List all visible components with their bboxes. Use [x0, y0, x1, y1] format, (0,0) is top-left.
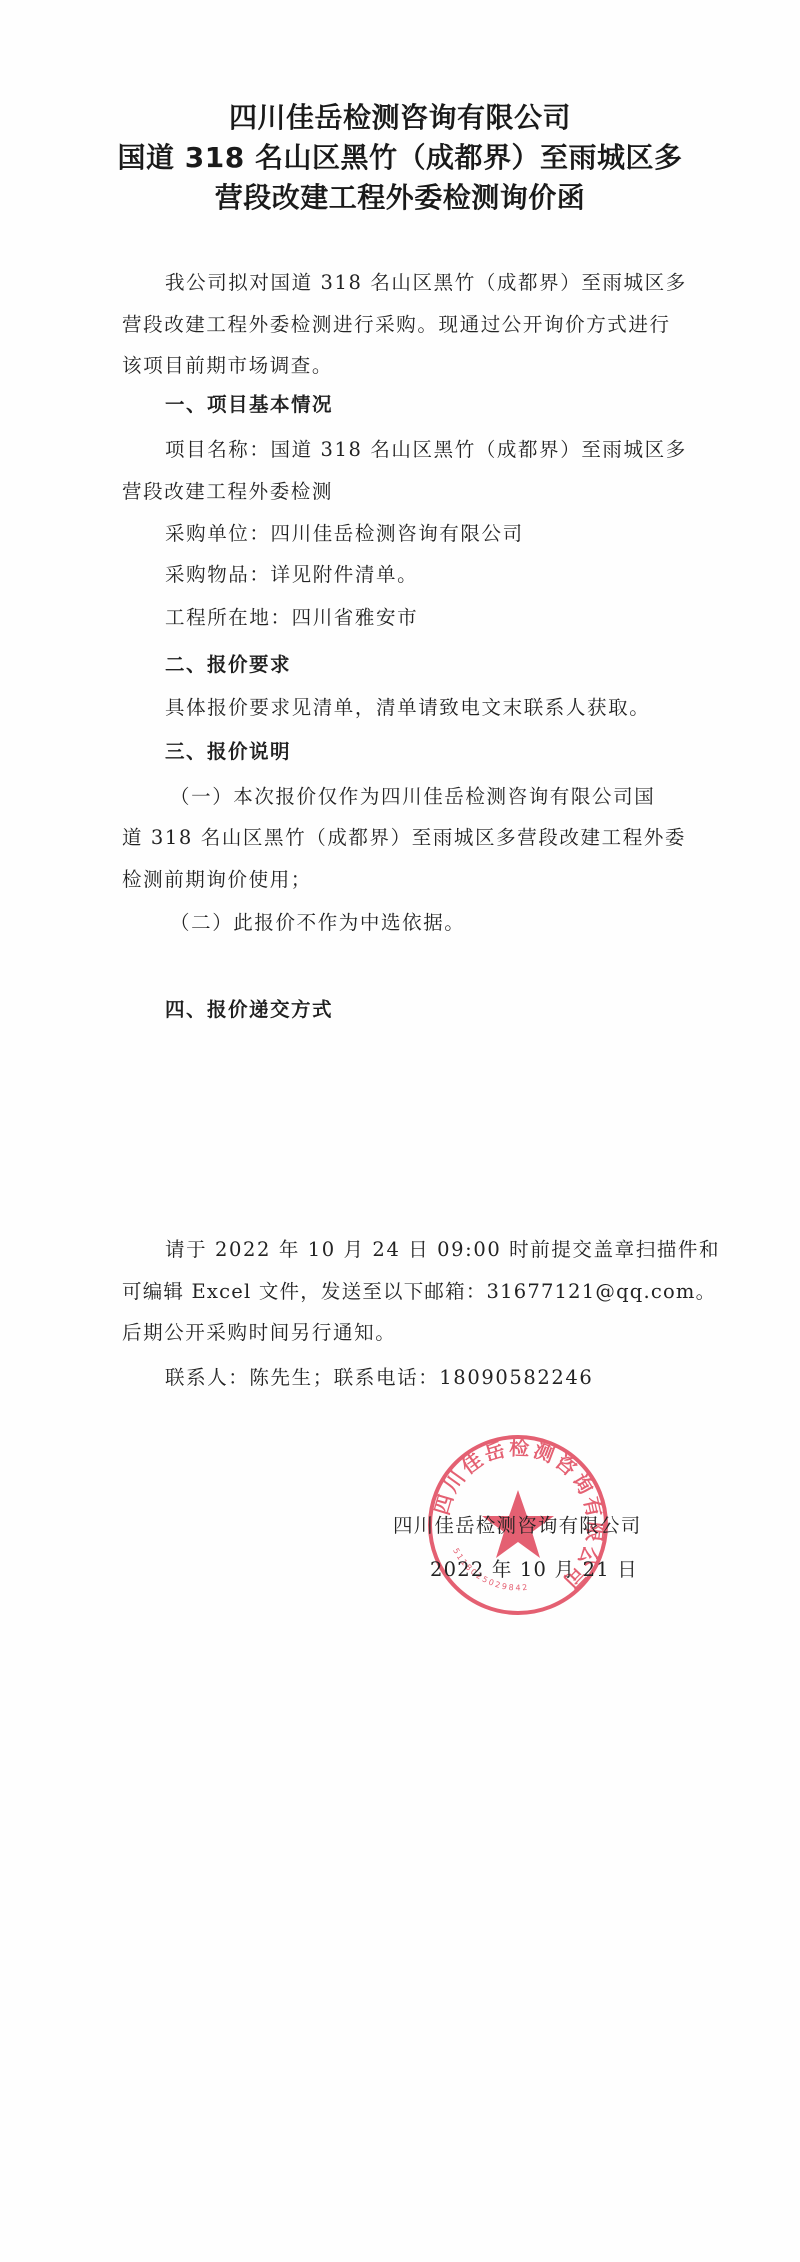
title-project-line1: 国道 318 名山区黑竹（成都界）至雨城区多	[0, 138, 800, 178]
section-heading-quote-requirements: 二、报价要求	[165, 651, 291, 679]
contact-info: 联系人：陈先生；联系电话：18090582246	[165, 1364, 725, 1392]
quote-note-1-line: （一）本次报价仅作为四川佳岳检测咨询有限公司国	[170, 783, 730, 811]
purchasing-unit: 采购单位：四川佳岳检测咨询有限公司	[165, 520, 725, 548]
submission-line: 后期公开采购时间另行通知。	[122, 1319, 682, 1347]
quote-note-2: （二）此报价不作为中选依据。	[170, 909, 730, 937]
quote-note-1-line: 检测前期询价使用；	[122, 866, 682, 894]
title-company: 四川佳岳检测咨询有限公司	[0, 98, 800, 138]
section-heading-submission-method: 四、报价递交方式	[165, 996, 333, 1024]
project-name-line: 项目名称：国道 318 名山区黑竹（成都界）至雨城区多	[165, 436, 725, 464]
submission-line: 可编辑 Excel 文件，发送至以下邮箱：31677121@qq.com。	[122, 1278, 682, 1306]
signature-company: 四川佳岳检测咨询有限公司	[393, 1512, 641, 1540]
submission-line: 请于 2022 年 10 月 24 日 09:00 时前提交盖章扫描件和	[165, 1236, 725, 1264]
intro-line: 该项目前期市场调查。	[122, 352, 682, 380]
section-heading-basic-info: 一、项目基本情况	[165, 391, 333, 419]
quote-note-1-line: 道 318 名山区黑竹（成都界）至雨城区多营段改建工程外委	[122, 824, 682, 852]
purchase-items: 采购物品：详见附件清单。	[165, 561, 725, 589]
title-project-line2: 营段改建工程外委检测询价函	[0, 178, 800, 218]
project-location: 工程所在地：四川省雅安市	[165, 604, 725, 632]
document-page: 四川佳岳检测咨询有限公司 国道 318 名山区黑竹（成都界）至雨城区多 营段改建…	[0, 0, 800, 2262]
signature-date: 2022 年 10 月 21 日	[430, 1556, 638, 1584]
project-name-line: 营段改建工程外委检测	[122, 478, 682, 506]
intro-line: 营段改建工程外委检测进行采购。现通过公开询价方式进行	[122, 311, 682, 339]
quote-requirements-text: 具体报价要求见清单，清单请致电文末联系人获取。	[165, 694, 725, 722]
intro-line: 我公司拟对国道 318 名山区黑竹（成都界）至雨城区多	[165, 269, 725, 297]
section-heading-quote-notes: 三、报价说明	[165, 738, 291, 766]
